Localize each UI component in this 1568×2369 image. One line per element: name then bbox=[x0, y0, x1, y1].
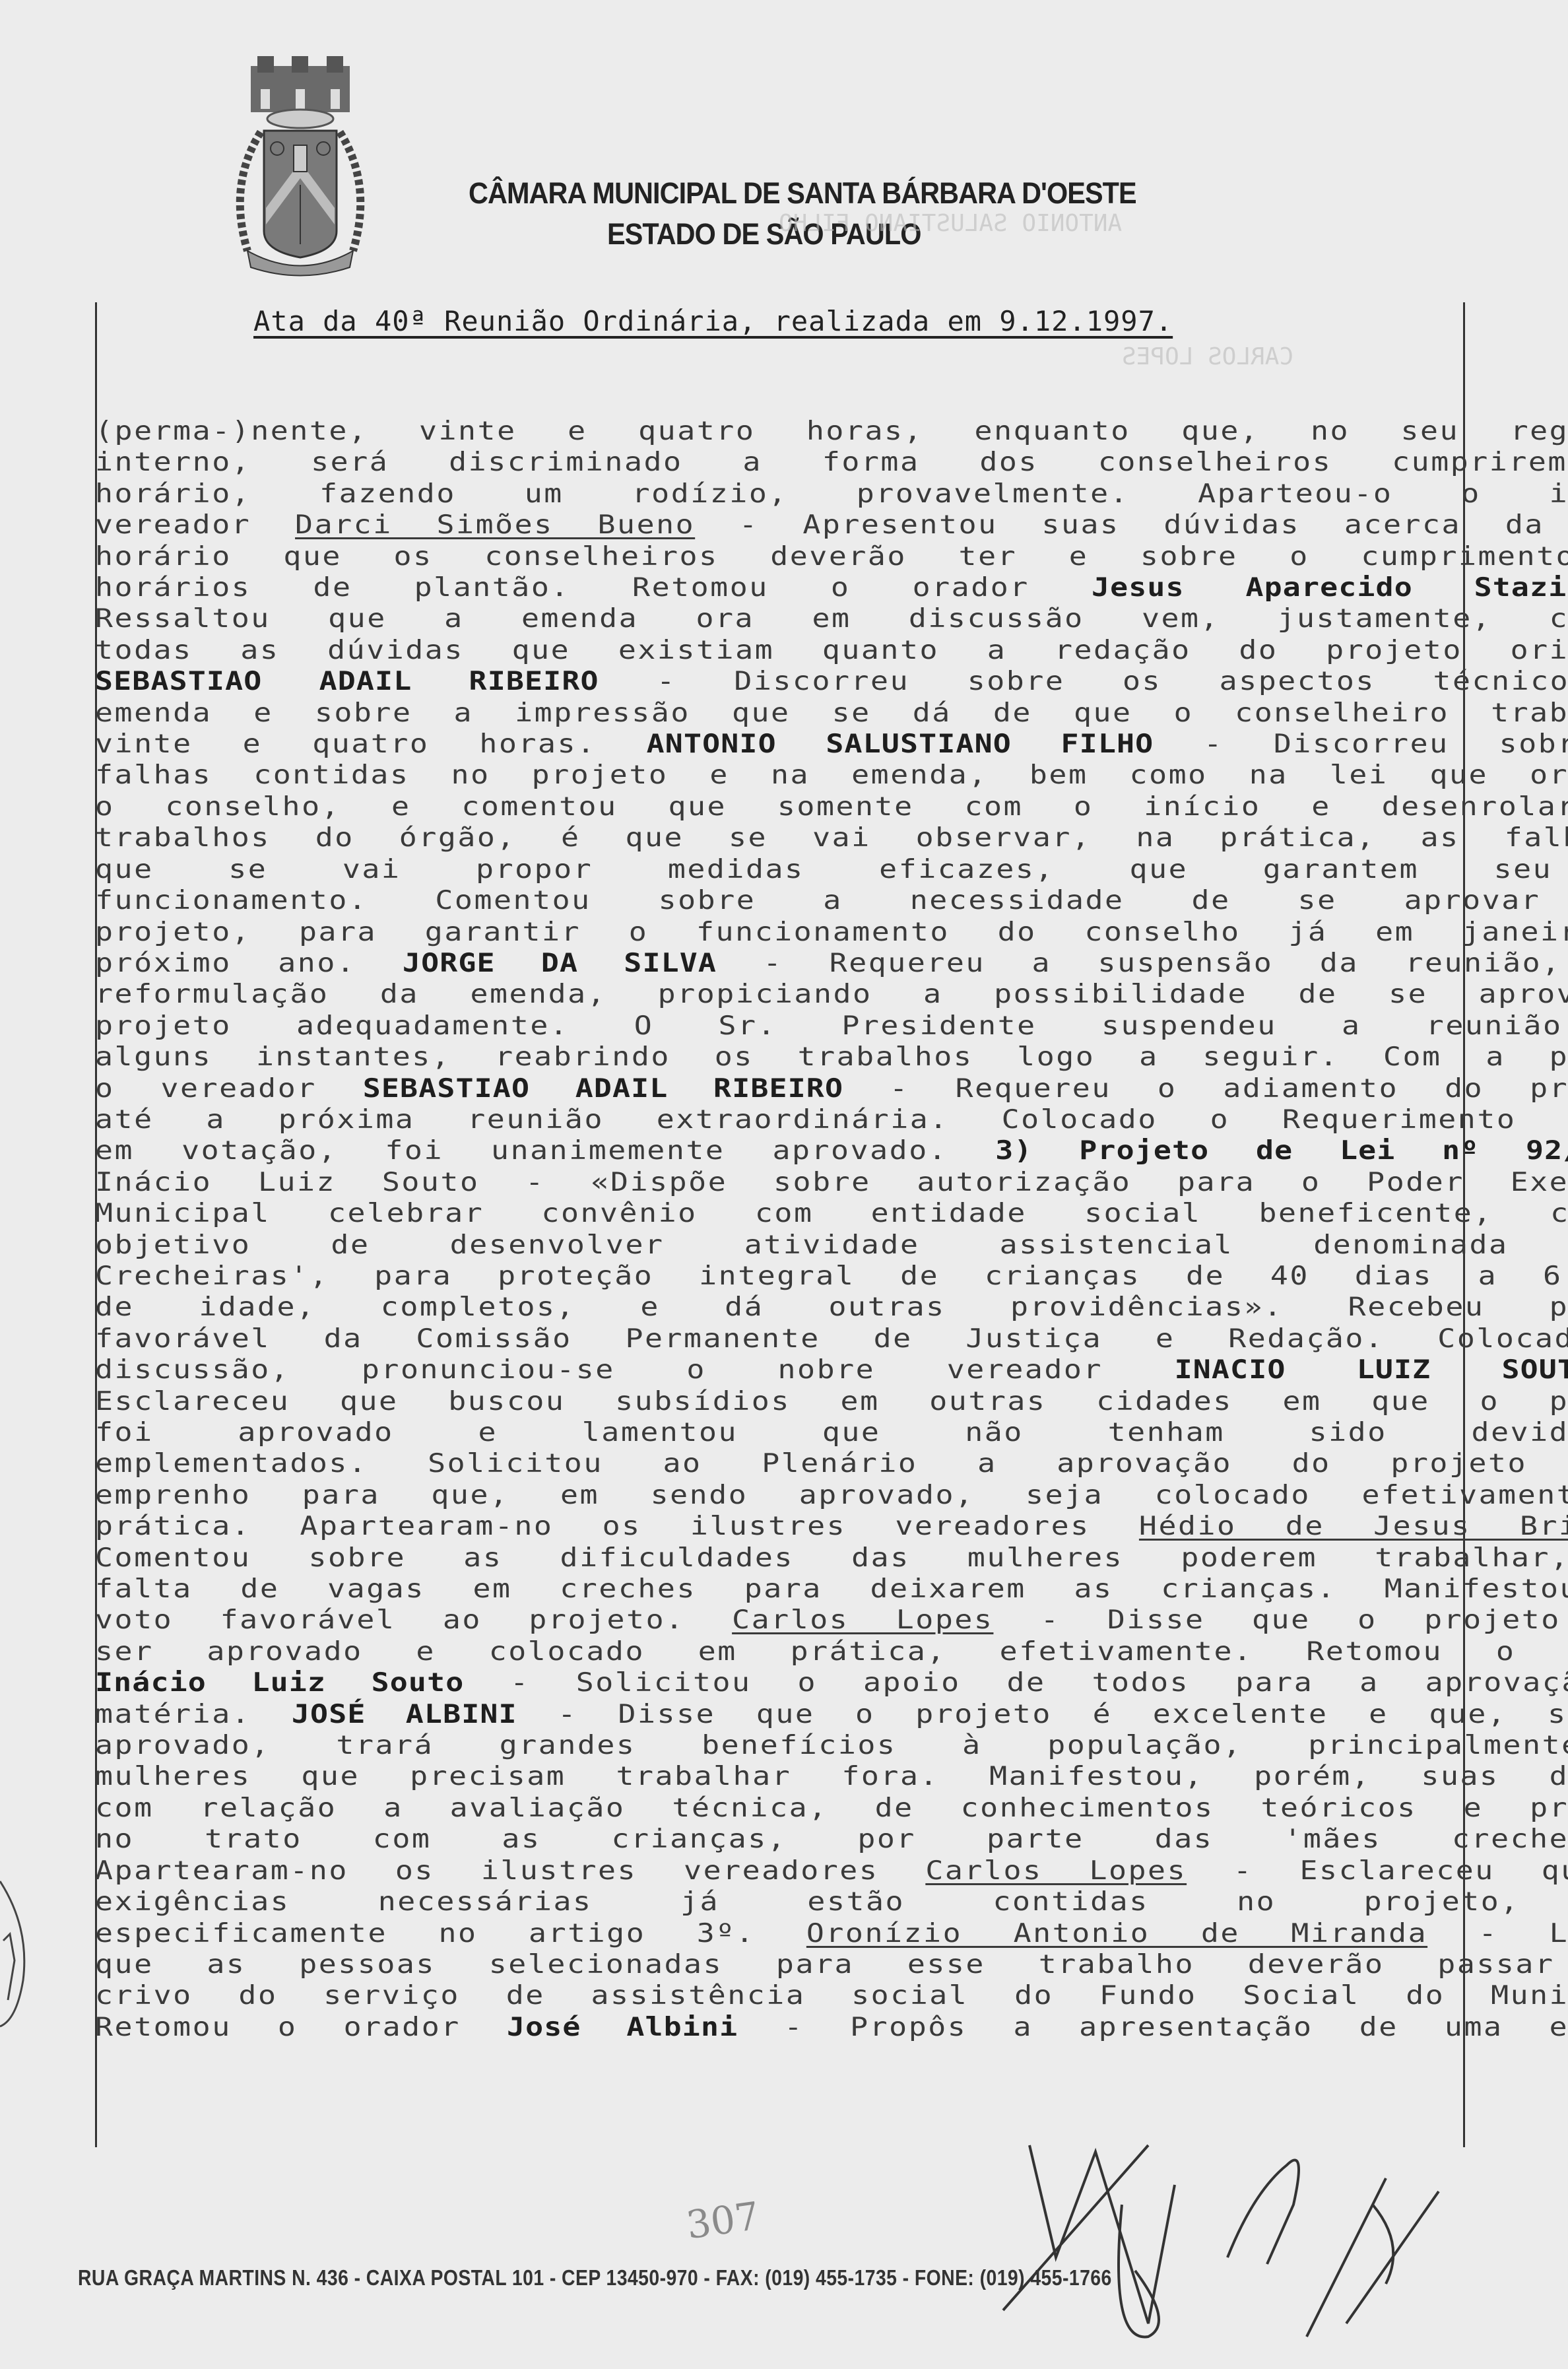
body-line: horários de plantão. Retomou o orador Je… bbox=[95, 572, 1568, 603]
body-line: foi aprovado e lamentou que não tenham s… bbox=[95, 1417, 1568, 1448]
body-line: próximo ano. JORGE DA SILVA - Requereu a… bbox=[95, 948, 1568, 979]
coat-of-arms-icon bbox=[201, 53, 399, 277]
body-line: aprovado, trará grandes benefícios à pop… bbox=[95, 1730, 1568, 1761]
body-line: até a próxima reunião extraordinária. Co… bbox=[95, 1104, 1568, 1135]
body-line: horário, fazendo um rodízio, provavelmen… bbox=[95, 479, 1568, 510]
body-line: vinte e quatro horas. ANTONIO SALUSTIANO… bbox=[95, 729, 1568, 760]
bleed-through-text: ANTONIO SALUSTIANO FILHO bbox=[779, 210, 1122, 237]
body-line: interno, será discriminado a forma dos c… bbox=[95, 447, 1568, 478]
footer-address: RUA GRAÇA MARTINS N. 436 - CAIXA POSTAL … bbox=[78, 2265, 1112, 2290]
body-line: no trato com as crianças, por parte das … bbox=[95, 1824, 1568, 1855]
body-line: objetivo de desenvolver atividade assist… bbox=[95, 1230, 1568, 1261]
body-line: Inácio Luiz Souto - Solicitou o apoio de… bbox=[95, 1667, 1568, 1698]
body-line: trabalhos do órgão, é que se vai observa… bbox=[95, 822, 1568, 853]
body-line: emenda e sobre a impressão que se dá de … bbox=[95, 698, 1568, 729]
body-line: de idade, completos, e dá outras providê… bbox=[95, 1292, 1568, 1323]
minutes-body: (perma-)nente, vinte e quatro horas, enq… bbox=[95, 416, 1478, 2043]
body-line: ser aprovado e colocado em prática, efet… bbox=[95, 1636, 1568, 1667]
body-line: (perma-)nente, vinte e quatro horas, enq… bbox=[95, 416, 1568, 447]
body-line: Esclareceu que buscou subsídios em outra… bbox=[95, 1386, 1568, 1417]
body-line: Retomou o orador José Albini - Propôs a … bbox=[95, 2012, 1568, 2043]
body-line: emplementados. Solicitou ao Plenário a a… bbox=[95, 1448, 1568, 1479]
body-line: o conselho, e comentou que somente com o… bbox=[95, 791, 1568, 822]
body-line: SEBASTIAO ADAIL RIBEIRO - Discorreu sobr… bbox=[95, 666, 1568, 697]
institution-name: CÂMARA MUNICIPAL DE SANTA BÁRBARA D'OEST… bbox=[469, 173, 1258, 214]
body-line: Municipal celebrar convênio com entidade… bbox=[95, 1198, 1568, 1229]
body-line: funcionamento. Comentou sobre a necessid… bbox=[95, 885, 1568, 916]
document-title: Ata da 40ª Reunião Ordinária, realizada … bbox=[253, 305, 1173, 337]
body-line: Crecheiras', para proteção integral de c… bbox=[95, 1261, 1568, 1292]
body-line: prática. Apartearam-no os ilustres verea… bbox=[95, 1511, 1568, 1542]
body-line: favorável da Comissão Permanente de Just… bbox=[95, 1323, 1568, 1354]
body-line: Comentou sobre as dificuldades das mulhe… bbox=[95, 1543, 1568, 1574]
body-line: com relação a avaliação técnica, de conh… bbox=[95, 1793, 1568, 1824]
body-line: falhas contidas no projeto e na emenda, … bbox=[95, 760, 1568, 791]
body-line: projeto, para garantir o funcionamento d… bbox=[95, 917, 1568, 948]
handwritten-page-number: 307 bbox=[684, 2193, 762, 2248]
body-line: Ressaltou que a emenda ora em discussão … bbox=[95, 603, 1568, 634]
body-line: todas as dúvidas que existiam quanto a r… bbox=[95, 635, 1568, 666]
body-line: emprenho para que, em sendo aprovado, se… bbox=[95, 1480, 1568, 1511]
body-line: matéria. JOSÉ ALBINI - Disse que o proje… bbox=[95, 1699, 1568, 1730]
body-line: falta de vagas em creches para deixarem … bbox=[95, 1574, 1568, 1605]
body-line: reformulação da emenda, propiciando a po… bbox=[95, 979, 1568, 1010]
body-line: crivo do serviço de assistência social d… bbox=[95, 1980, 1568, 2011]
body-line: o vereador SEBASTIAO ADAIL RIBEIRO - Req… bbox=[95, 1073, 1568, 1104]
body-line: exigências necessárias já estão contidas… bbox=[95, 1886, 1568, 1918]
body-line: especificamente no artigo 3º. Oronízio A… bbox=[95, 1918, 1568, 1949]
body-line: alguns instantes, reabrindo os trabalhos… bbox=[95, 1042, 1568, 1073]
body-line: voto favorável ao projeto. Carlos Lopes … bbox=[95, 1605, 1568, 1636]
body-line: mulheres que precisam trabalhar fora. Ma… bbox=[95, 1761, 1568, 1792]
signature-icon bbox=[977, 2125, 1524, 2350]
body-line: horário que os conselheiros deverão ter … bbox=[95, 541, 1568, 572]
body-line: vereador Darci Simões Bueno - Apresentou… bbox=[95, 510, 1568, 541]
margin-annotation-icon bbox=[0, 1868, 33, 2033]
body-line: que as pessoas selecionadas para esse tr… bbox=[95, 1949, 1568, 1980]
body-line: em votação, foi unanimemente aprovado. 3… bbox=[95, 1135, 1568, 1166]
body-line: Apartearam-no os ilustres vereadores Car… bbox=[95, 1855, 1568, 1886]
body-line: projeto adequadamente. O Sr. Presidente … bbox=[95, 1011, 1568, 1042]
body-line: discussão, pronunciou-se o nobre vereado… bbox=[95, 1354, 1568, 1385]
body-line: Inácio Luiz Souto - «Dispõe sobre autori… bbox=[95, 1167, 1568, 1198]
body-line: que se vai propor medidas eficazes, que … bbox=[95, 854, 1568, 885]
